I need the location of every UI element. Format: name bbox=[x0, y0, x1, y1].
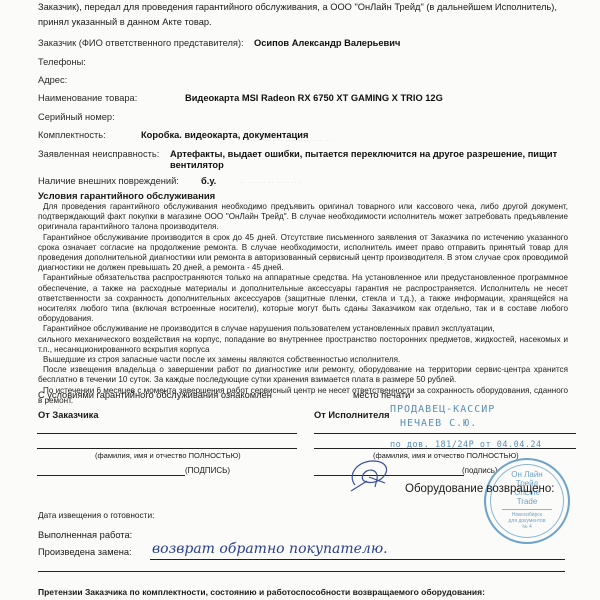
conditions-title: Условия гарантийного обслуживания bbox=[38, 191, 215, 202]
kit-label: Комплектность: bbox=[38, 130, 106, 140]
customer-line-1 bbox=[37, 433, 297, 434]
conditions-paragraph: сильного механического воздействия на ко… bbox=[38, 335, 568, 355]
customer-sign-caption: (ПОДПИСЬ) bbox=[185, 466, 230, 475]
stamp-line-5: Новосибирск bbox=[502, 509, 551, 518]
replacement-handwritten-value: возврат обратно покупателю. bbox=[152, 541, 388, 557]
damage-value: б.у. bbox=[201, 176, 216, 186]
customer-fio-line[interactable] bbox=[37, 448, 297, 449]
executor-line-1 bbox=[314, 433, 576, 434]
customer-value: Осипов Александр Валерьевич bbox=[254, 38, 400, 48]
conditions-paragraph: Для проведения гарантийного обслуживания… bbox=[38, 202, 568, 233]
warranty-act-document: ·· · ··· · ·· ·· ······· ···· ·· ·· ····… bbox=[0, 0, 600, 600]
conditions-paragraph: После извещения владельца о завершении р… bbox=[38, 365, 568, 385]
intro-line-1: Заказчик), передал для проведения гарант… bbox=[38, 0, 568, 15]
defect-label: Заявленная неисправность: bbox=[38, 149, 159, 159]
executor-signature-title: От Исполнителя bbox=[314, 410, 390, 420]
intro-line-2: принял указанный в данном Акте товар. bbox=[38, 15, 568, 30]
conditions-paragraph: Гарантийное обслуживание производится в … bbox=[38, 233, 568, 274]
defect-value-line-2: вентилятор bbox=[170, 160, 224, 170]
serial-label: Серийный номер: bbox=[38, 112, 115, 122]
product-label: Наименование товара: bbox=[38, 93, 137, 103]
kit-value: Коробка. видеокарта, документация bbox=[141, 130, 308, 140]
stamp-line-1: Он Лайн bbox=[486, 470, 568, 479]
defect-value-line-1: Артефакты, выдает ошибки, пытается перек… bbox=[170, 149, 557, 159]
returned-label: Оборудование возвращено: bbox=[405, 483, 555, 495]
executor-handwritten-signature-icon bbox=[345, 455, 395, 495]
claims-label: Претензии Заказчика по комплектности, со… bbox=[38, 587, 485, 597]
ready-date-label: Дата извещения о готовности: bbox=[38, 510, 154, 520]
customer-sign-line[interactable] bbox=[37, 475, 185, 476]
customer-label: Заказчик (ФИО ответственного представите… bbox=[38, 38, 244, 48]
acknowledged-text: С условиями гарантийного обслуживания оз… bbox=[38, 390, 272, 400]
executor-fio-line[interactable] bbox=[314, 448, 576, 449]
replacement-line-1[interactable] bbox=[150, 559, 565, 560]
customer-fio-caption: (фамилия, имя и отчество ПОЛНОСТЬЮ) bbox=[95, 451, 241, 460]
customer-signature-title: От Заказчика bbox=[38, 410, 99, 420]
executor-rect-stamp-line-1: ПРОДАВЕЦ-КАССИР bbox=[390, 404, 495, 415]
seal-place-text: место печати bbox=[353, 390, 410, 400]
conditions-paragraph: Вышедшие из строя запасные части после и… bbox=[38, 355, 568, 365]
stamp-line-7: № 4 bbox=[486, 524, 568, 530]
product-value: Видеокарта MSI Radeon RX 6750 XT GAMING … bbox=[185, 93, 443, 103]
bleed-through-text: ·· ······· ·· ····· ·· · bbox=[240, 178, 302, 187]
replacement-line-2[interactable] bbox=[38, 571, 565, 572]
stamp-line-4: Trade bbox=[486, 497, 568, 506]
conditions-paragraph: Гарантийные обязательства распространяют… bbox=[38, 273, 568, 324]
conditions-body: Для проведения гарантийного обслуживания… bbox=[38, 202, 568, 406]
phones-label: Телефоны: bbox=[38, 57, 86, 67]
conditions-paragraph: Гарантийное обслуживание не производится… bbox=[38, 324, 568, 334]
round-company-stamp: Он Лайн Трейд OnLine Trade Новосибирск д… bbox=[484, 458, 570, 544]
damage-label: Наличие внешних повреждений: bbox=[38, 176, 179, 186]
work-done-label: Выполненная работа: bbox=[38, 530, 132, 540]
replacement-label: Произведена замена: bbox=[38, 547, 132, 557]
address-label: Адрес: bbox=[38, 75, 67, 85]
executor-rect-stamp-line-2: НЕЧАЕВ С.Ю. bbox=[400, 418, 477, 429]
intro-text: Заказчик), передал для проведения гарант… bbox=[38, 0, 568, 30]
